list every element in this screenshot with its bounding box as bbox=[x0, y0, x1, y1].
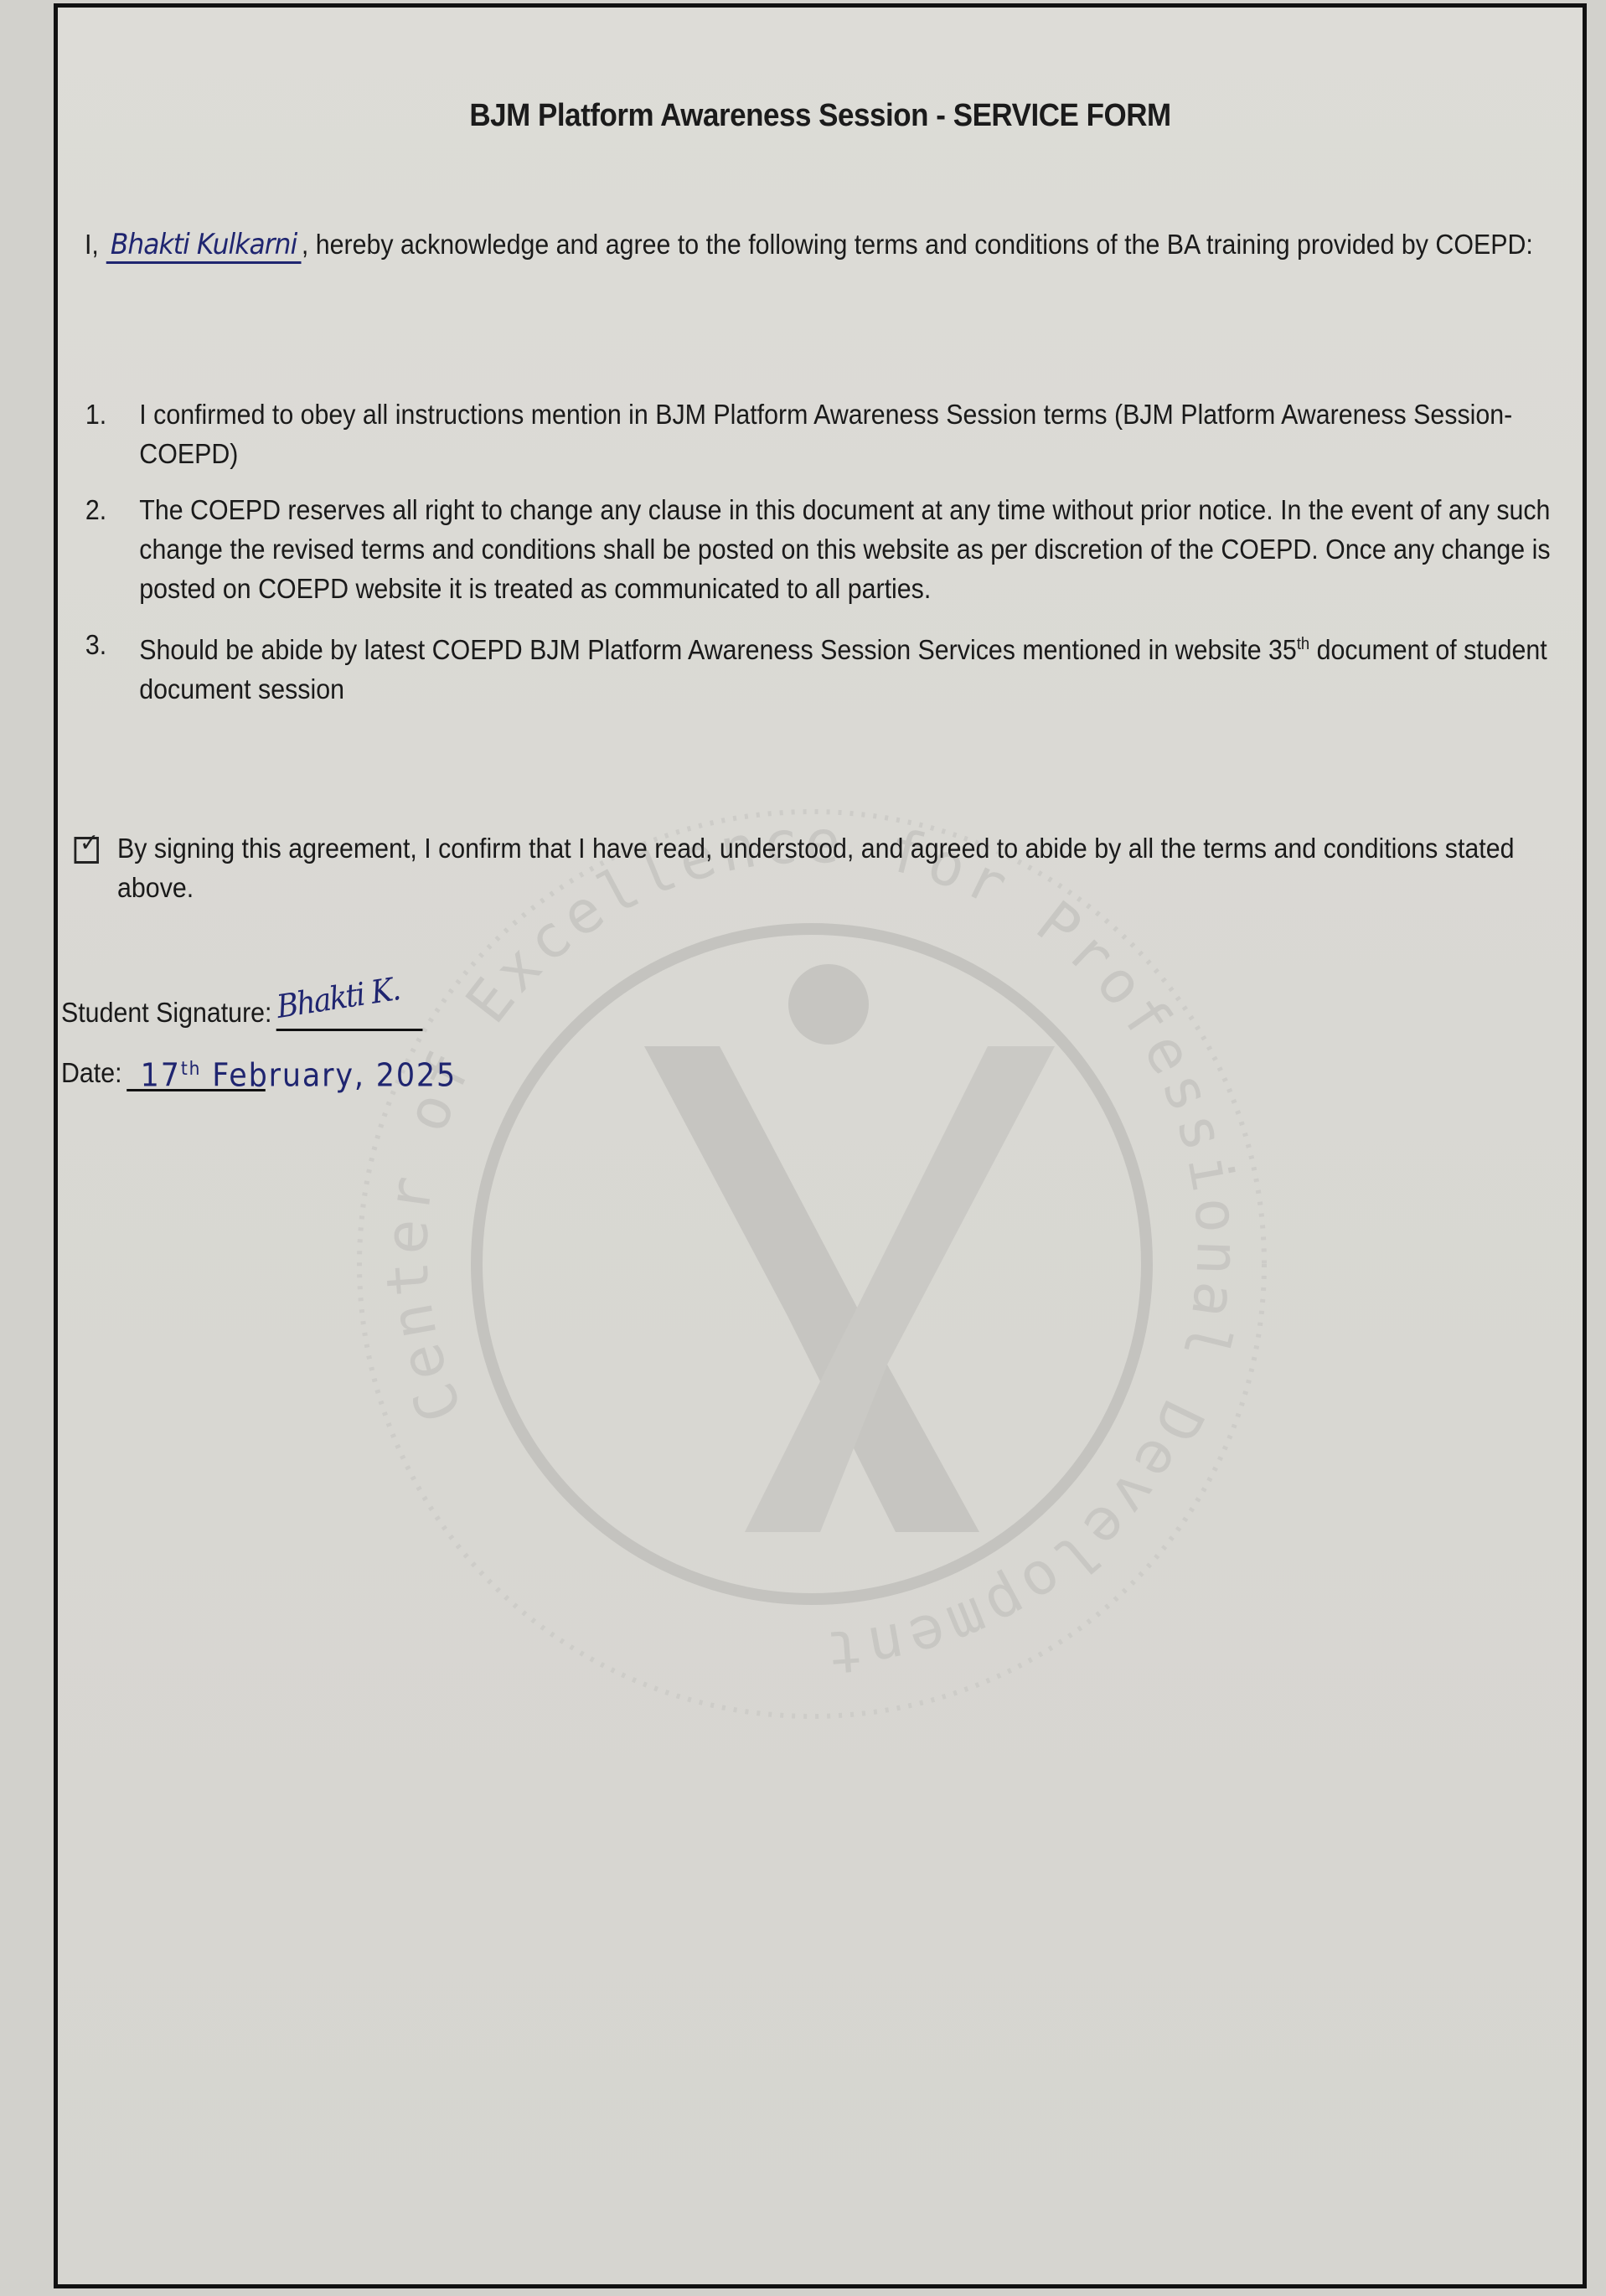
date-row: Date: 17th February, 2025 bbox=[61, 1055, 266, 1091]
term-number: 3. bbox=[75, 625, 139, 709]
student-name-field[interactable]: Bhakti Kulkarni bbox=[106, 228, 302, 264]
term-text-part: Should be abide by latest COEPD BJM Plat… bbox=[139, 634, 1297, 665]
intro-paragraph: I, Bhakti Kulkarni, hereby acknowledge a… bbox=[85, 224, 1557, 266]
ordinal-suffix: th bbox=[1297, 635, 1309, 653]
intro-text: , hereby acknowledge and agree to the fo… bbox=[302, 229, 1533, 260]
student-signature: Bhakti K. bbox=[275, 970, 401, 1025]
term-text: Should be abide by latest COEPD BJM Plat… bbox=[139, 625, 1554, 709]
term-item: 1. I confirmed to obey all instructions … bbox=[75, 395, 1554, 473]
agreement-checkbox[interactable]: ✓ bbox=[75, 837, 99, 864]
term-number: 1. bbox=[75, 395, 139, 473]
term-item: 2. The COEPD reserves all right to chang… bbox=[75, 490, 1554, 608]
intro-prefix: I, bbox=[85, 229, 99, 260]
date-day-suffix: th bbox=[181, 1059, 201, 1080]
date-day: 17 bbox=[141, 1057, 181, 1094]
agreement-statement: ✓ By signing this agreement, I confirm t… bbox=[70, 828, 1557, 907]
signature-field[interactable]: Bhakti K. bbox=[276, 995, 423, 1031]
terms-list: 1. I confirmed to obey all instructions … bbox=[75, 395, 1554, 725]
checkmark-icon: ✓ bbox=[80, 831, 99, 856]
term-item: 3. Should be abide by latest COEPD BJM P… bbox=[75, 625, 1554, 709]
svg-text:Center of Excellence for Profe: Center of Excellence for Professional De… bbox=[372, 807, 1252, 1687]
date-month-year: February, 2025 bbox=[201, 1057, 457, 1094]
term-text: I confirmed to obey all instructions men… bbox=[139, 395, 1554, 473]
date-label: Date: bbox=[61, 1055, 122, 1091]
signature-label: Student Signature: bbox=[61, 994, 272, 1031]
term-text: The COEPD reserves all right to change a… bbox=[139, 490, 1554, 608]
service-form-page: Center of Excellence for Professional De… bbox=[54, 3, 1587, 2288]
date-field[interactable]: 17th February, 2025 bbox=[127, 1055, 266, 1091]
term-number: 2. bbox=[75, 490, 139, 608]
form-title: BJM Platform Awareness Session - SERVICE… bbox=[119, 98, 1521, 134]
signature-row: Student Signature: Bhakti K. bbox=[61, 994, 423, 1031]
agreement-text: By signing this agreement, I confirm tha… bbox=[117, 828, 1557, 907]
date-value: 17th February, 2025 bbox=[141, 1051, 457, 1094]
